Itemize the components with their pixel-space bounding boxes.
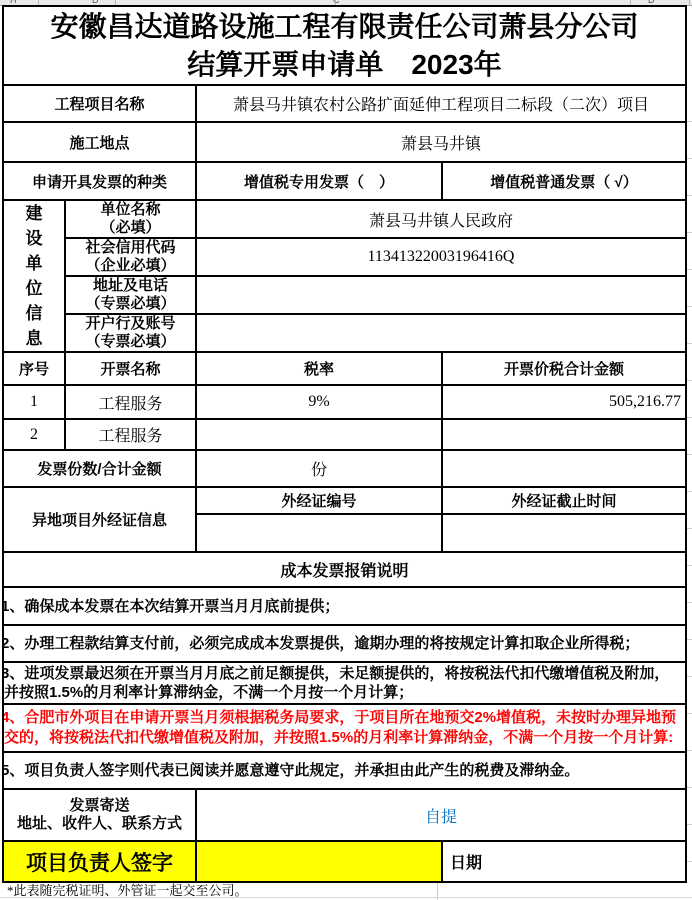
unit-name-value-cell[interactable]: 萧县马井镇人民政府 <box>196 200 686 238</box>
construction-site-value-cell[interactable]: 萧县马井镇 <box>196 122 686 162</box>
permit-deadline-header: 外经证截止时间 <box>442 487 686 514</box>
project-name-value-cell[interactable]: 萧县马井镇农村公路扩面延伸工程项目二标段（二次）项目 <box>196 85 686 122</box>
item-name-cell[interactable]: 工程服务 <box>65 385 196 419</box>
note-5: 5、项目负责人签字则代表已阅读并愿意遵守此规定，并承担由此产生的税费及滞纳金。 <box>3 752 686 789</box>
table-row: 1 工程服务 9% 505,216.77 <box>3 385 686 419</box>
label-line: （企业必填） <box>68 257 193 275</box>
label-line: （必填） <box>68 219 193 237</box>
cost-invoice-section-header: 成本发票报销说明 <box>3 552 686 587</box>
label-line: 开户行及账号 <box>68 315 193 333</box>
project-name-label: 工程项目名称 <box>3 85 196 122</box>
unit-name-label: 单位名称 （必填） <box>65 200 196 238</box>
tax-rate-cell[interactable]: 9% <box>196 385 442 419</box>
delivery-value-cell[interactable]: 自提 <box>196 789 686 841</box>
invoice-application-form: 安徽昌达道路设施工程有限责任公司萧县分公司 结算开票申请单 2023年 工程项目… <box>2 5 687 883</box>
permit-number-header: 外经证编号 <box>196 487 442 514</box>
credit-code-label: 社会信用代码 （企业必填） <box>65 238 196 276</box>
invoice-kind-label: 申请开具发票的种类 <box>3 162 196 200</box>
builder-info-group-label: 建设单位信息 <box>3 200 65 352</box>
company-title-line: 安徽昌达道路设施工程有限责任公司萧县分公司 <box>4 8 685 46</box>
bank-account-value-cell[interactable] <box>196 314 686 352</box>
signature-blank-cell[interactable] <box>196 841 442 882</box>
note-2: 2、办理工程款结算支付前，必须完成成本发票提供，逾期办理的将按规定计算扣取企业所… <box>3 625 686 662</box>
note-1: 1、确保成本发票在本次结算开票当月月底前提供； <box>3 587 686 625</box>
amount-cell[interactable] <box>442 419 686 450</box>
col-header-tax-rate: 税率 <box>196 352 442 385</box>
general-invoice-checkbox-cell[interactable]: 增值税普通发票（ √） <box>442 162 686 200</box>
amount-cell[interactable]: 505,216.77 <box>442 385 686 419</box>
item-name-cell[interactable]: 工程服务 <box>65 419 196 450</box>
credit-code-value-cell[interactable]: 11341322003196416Q <box>196 238 686 276</box>
label-line: 地址及电话 <box>68 277 193 295</box>
col-header-serial: 序号 <box>3 352 65 385</box>
out-of-town-permit-label: 异地项目外经证信息 <box>3 487 196 552</box>
serial-cell[interactable]: 1 <box>3 385 65 419</box>
form-title-line: 结算开票申请单 2023年 <box>4 46 685 84</box>
label-line: 社会信用代码 <box>68 239 193 257</box>
note-3: 3、进项发票最迟须在开票当月月底之前足额提供，未足额提供的，将按税法代扣代缴增值… <box>3 662 686 704</box>
address-phone-label: 地址及电话 （专票必填） <box>65 276 196 314</box>
label-line: 地址、收件人、联系方式 <box>6 815 193 833</box>
copies-amount-cell[interactable] <box>442 450 686 487</box>
copies-unit-cell[interactable]: 份 <box>196 450 442 487</box>
label-line: 单位名称 <box>68 201 193 219</box>
table-row: 2 工程服务 <box>3 419 686 450</box>
note-4-warning: 4、合肥市外项目在申请开票当月须根据税务局要求，于项目所在地预交2%增值税，未按… <box>3 704 686 752</box>
label-line: （专票必填） <box>68 333 193 351</box>
form-title: 安徽昌达道路设施工程有限责任公司萧县分公司 结算开票申请单 2023年 <box>3 6 686 85</box>
serial-cell[interactable]: 2 <box>3 419 65 450</box>
col-header-item-name: 开票名称 <box>65 352 196 385</box>
address-phone-value-cell[interactable] <box>196 276 686 314</box>
permit-number-value-cell[interactable] <box>196 514 442 552</box>
builder-info-vertical-text: 建设单位信息 <box>25 201 44 351</box>
tax-rate-cell[interactable] <box>196 419 442 450</box>
label-line: 发票寄送 <box>6 797 193 815</box>
construction-site-label: 施工地点 <box>3 122 196 162</box>
special-invoice-checkbox-cell[interactable]: 增值税专用发票（ ） <box>196 162 442 200</box>
footer-note: *此表随完税证明、外管证一起交至公司。 <box>7 880 248 899</box>
bank-account-label: 开户行及账号 （专票必填） <box>65 314 196 352</box>
delivery-label: 发票寄送 地址、收件人、联系方式 <box>3 789 196 841</box>
date-cell[interactable]: 日期 <box>442 841 686 882</box>
col-header-total-amount: 开票价税合计金额 <box>442 352 686 385</box>
signature-label: 项目负责人签字 <box>3 841 196 882</box>
column-divider <box>689 0 690 5</box>
label-line: （专票必填） <box>68 295 193 313</box>
permit-deadline-value-cell[interactable] <box>442 514 686 552</box>
copies-total-label: 发票份数/合计金额 <box>3 450 196 487</box>
